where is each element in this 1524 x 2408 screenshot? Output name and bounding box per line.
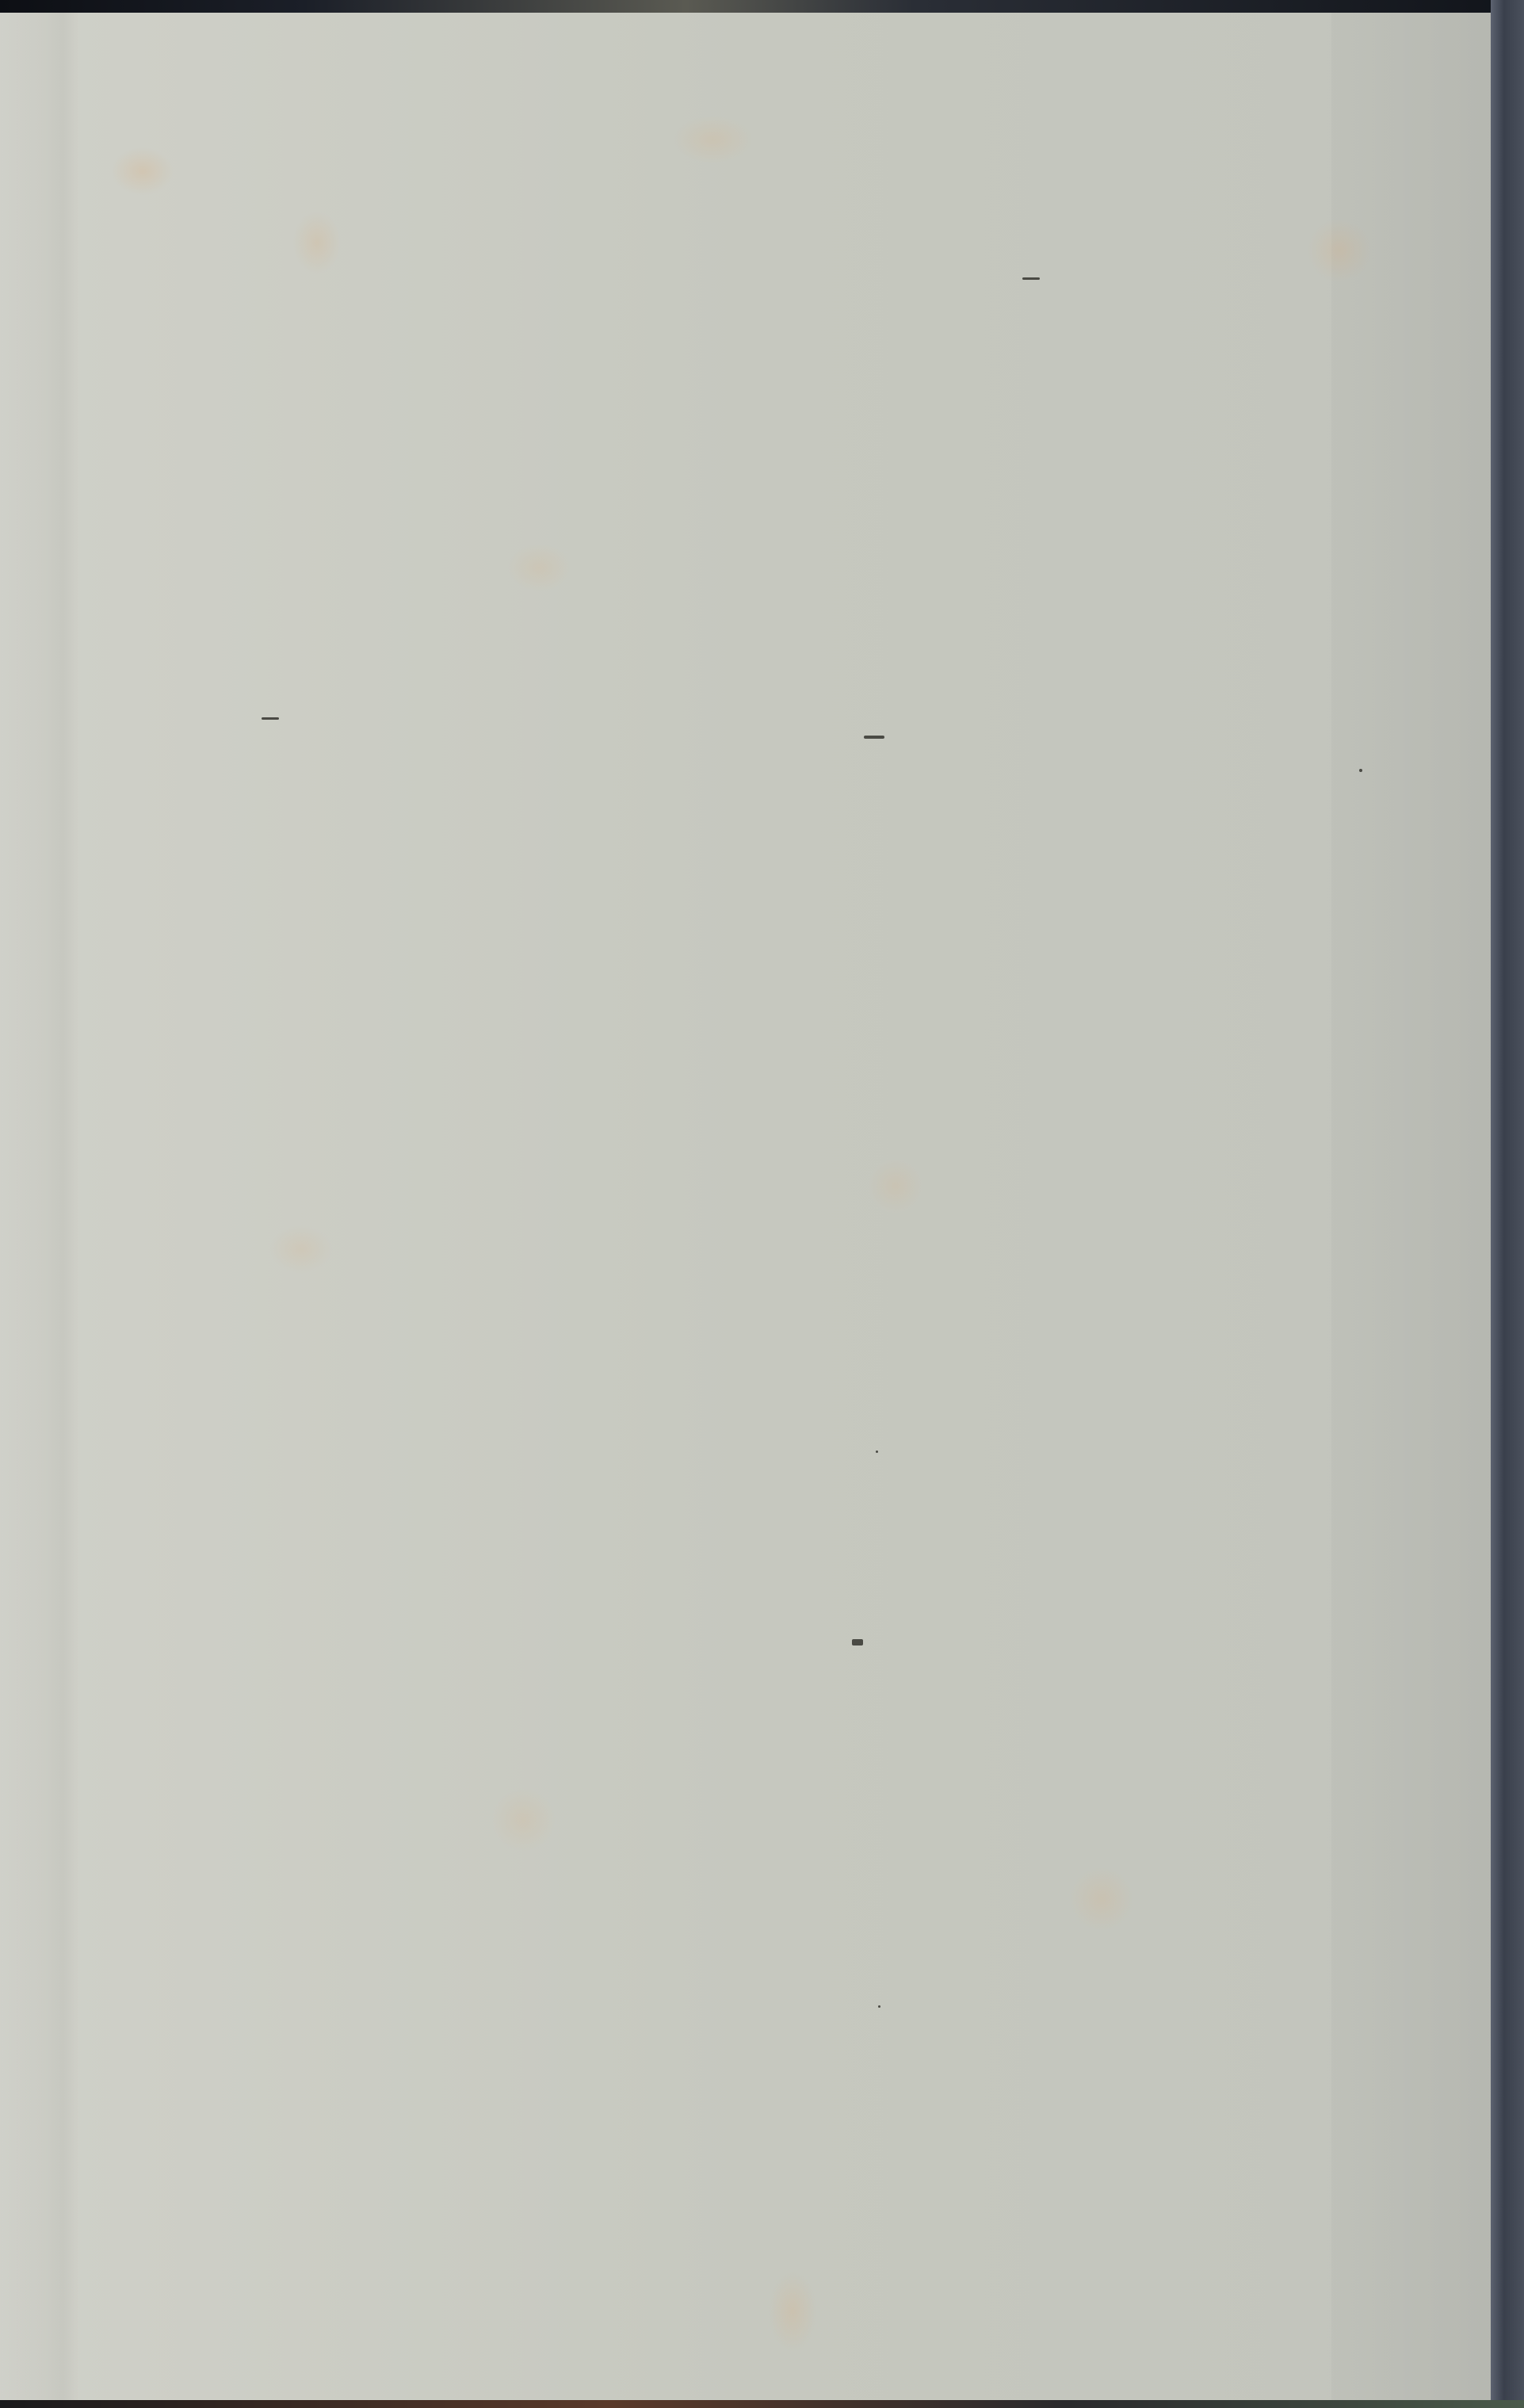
speck xyxy=(262,717,279,720)
speck xyxy=(864,736,884,739)
blank-page xyxy=(0,13,1495,2400)
speck xyxy=(1359,769,1362,772)
speck xyxy=(876,1451,878,1453)
gutter-fold xyxy=(0,13,79,2400)
page-shadow-band xyxy=(1331,13,1495,2400)
speck xyxy=(878,2005,880,2008)
speck xyxy=(852,1639,863,1645)
speck xyxy=(1022,277,1040,280)
book-top-edge xyxy=(0,0,1524,13)
book-cover-edge xyxy=(1491,0,1524,2408)
book-bottom-edge xyxy=(0,2400,1524,2408)
